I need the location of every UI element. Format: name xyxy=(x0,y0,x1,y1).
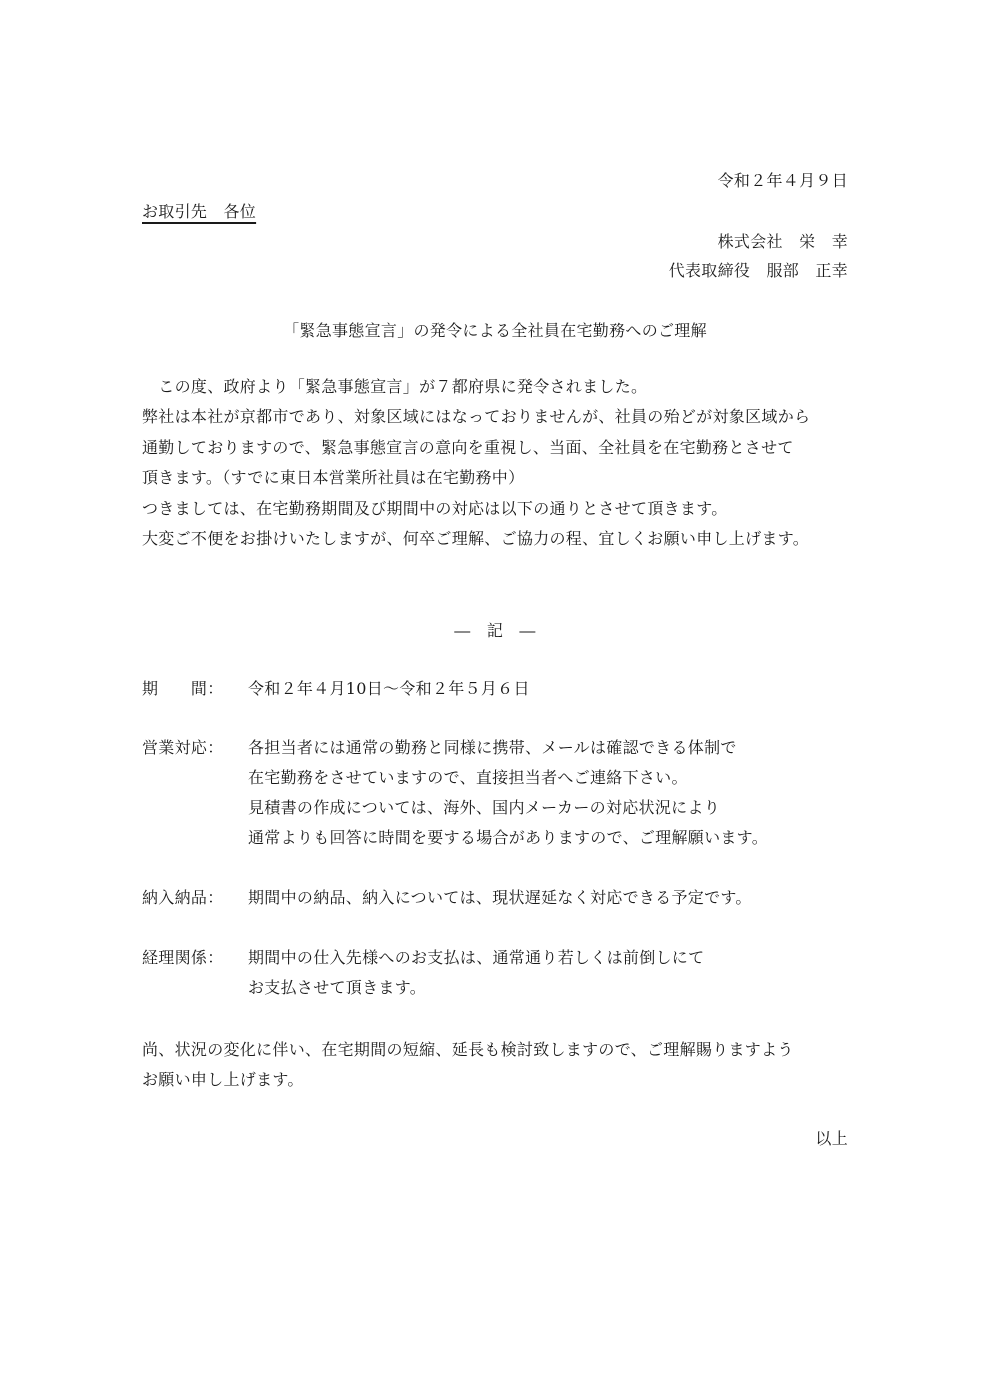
sender-company: 株式会社 栄 幸 xyxy=(718,227,848,257)
body-line: つきましては、在宅勤務期間及び期間中の対応は以下の通りとさせて頂きます。 xyxy=(142,494,728,524)
closing-line: 尚、状況の変化に伴い、在宅期間の短縮、延長も検討致しますので、ご理解賜りますよう xyxy=(142,1035,794,1065)
item-label: 期 間： xyxy=(142,674,242,704)
document-title: 「緊急事態宣言」の発令による全社員在宅勤務へのご理解 xyxy=(0,316,990,346)
item-line: 期間中の納品、納入については、現状遅延なく対応できる予定です。 xyxy=(248,883,752,913)
body-line: 頂きます。（すでに東日本営業所社員は在宅勤務中） xyxy=(142,463,524,493)
closing-line: お願い申し上げます。 xyxy=(142,1065,304,1095)
document-date: 令和２年４月９日 xyxy=(718,166,848,196)
item-label: 営業対応： xyxy=(142,733,242,763)
sender-person: 代表取締役 服部 正幸 xyxy=(669,256,848,286)
item-line: 通常よりも回答に時間を要する場合がありますので、ご理解願います。 xyxy=(248,823,768,853)
item-body: 期間中の仕入先様へのお支払は、通常通り若しくは前倒しにて お支払させて頂きます。 xyxy=(248,943,704,1003)
body-line: 弊社は本社が京都市であり、対象区域にはなっておりませんが、社員の殆どが対象区域か… xyxy=(142,402,810,432)
item-body: 期間中の納品、納入については、現状遅延なく対応できる予定です。 xyxy=(248,883,752,913)
item-line: 令和２年４月10日～令和２年５月６日 xyxy=(248,674,530,704)
ki-mark: ― 記 ― xyxy=(0,616,990,646)
recipient: お取引先 各位 xyxy=(142,197,256,227)
item-label: 納入納品： xyxy=(142,883,242,913)
body-line: 通勤しておりますので、緊急事態宣言の意向を重視し、当面、全社員を在宅勤務とさせて xyxy=(142,433,794,463)
item-line: 見積書の作成については、海外、国内メーカーの対応状況により xyxy=(248,793,768,823)
item-label: 経理関係： xyxy=(142,943,242,973)
item-line: 期間中の仕入先様へのお支払は、通常通り若しくは前倒しにて xyxy=(248,943,704,973)
body-line: この度、政府より「緊急事態宣言」が７都府県に発令されました。 xyxy=(142,372,647,402)
body-line: 大変ご不便をお掛けいたしますが、何卒ご理解、ご協力の程、宜しくお願い申し上げます… xyxy=(142,524,809,554)
item-line: 各担当者には通常の勤務と同様に携帯、メールは確認できる体制で xyxy=(248,733,768,763)
item-line: 在宅勤務をさせていますので、直接担当者へご連絡下さい。 xyxy=(248,763,768,793)
end-mark: 以上 xyxy=(815,1124,848,1154)
item-body: 各担当者には通常の勤務と同様に携帯、メールは確認できる体制で 在宅勤務をさせてい… xyxy=(248,733,768,853)
item-body: 令和２年４月10日～令和２年５月６日 xyxy=(248,674,530,704)
item-line: お支払させて頂きます。 xyxy=(248,973,704,1003)
